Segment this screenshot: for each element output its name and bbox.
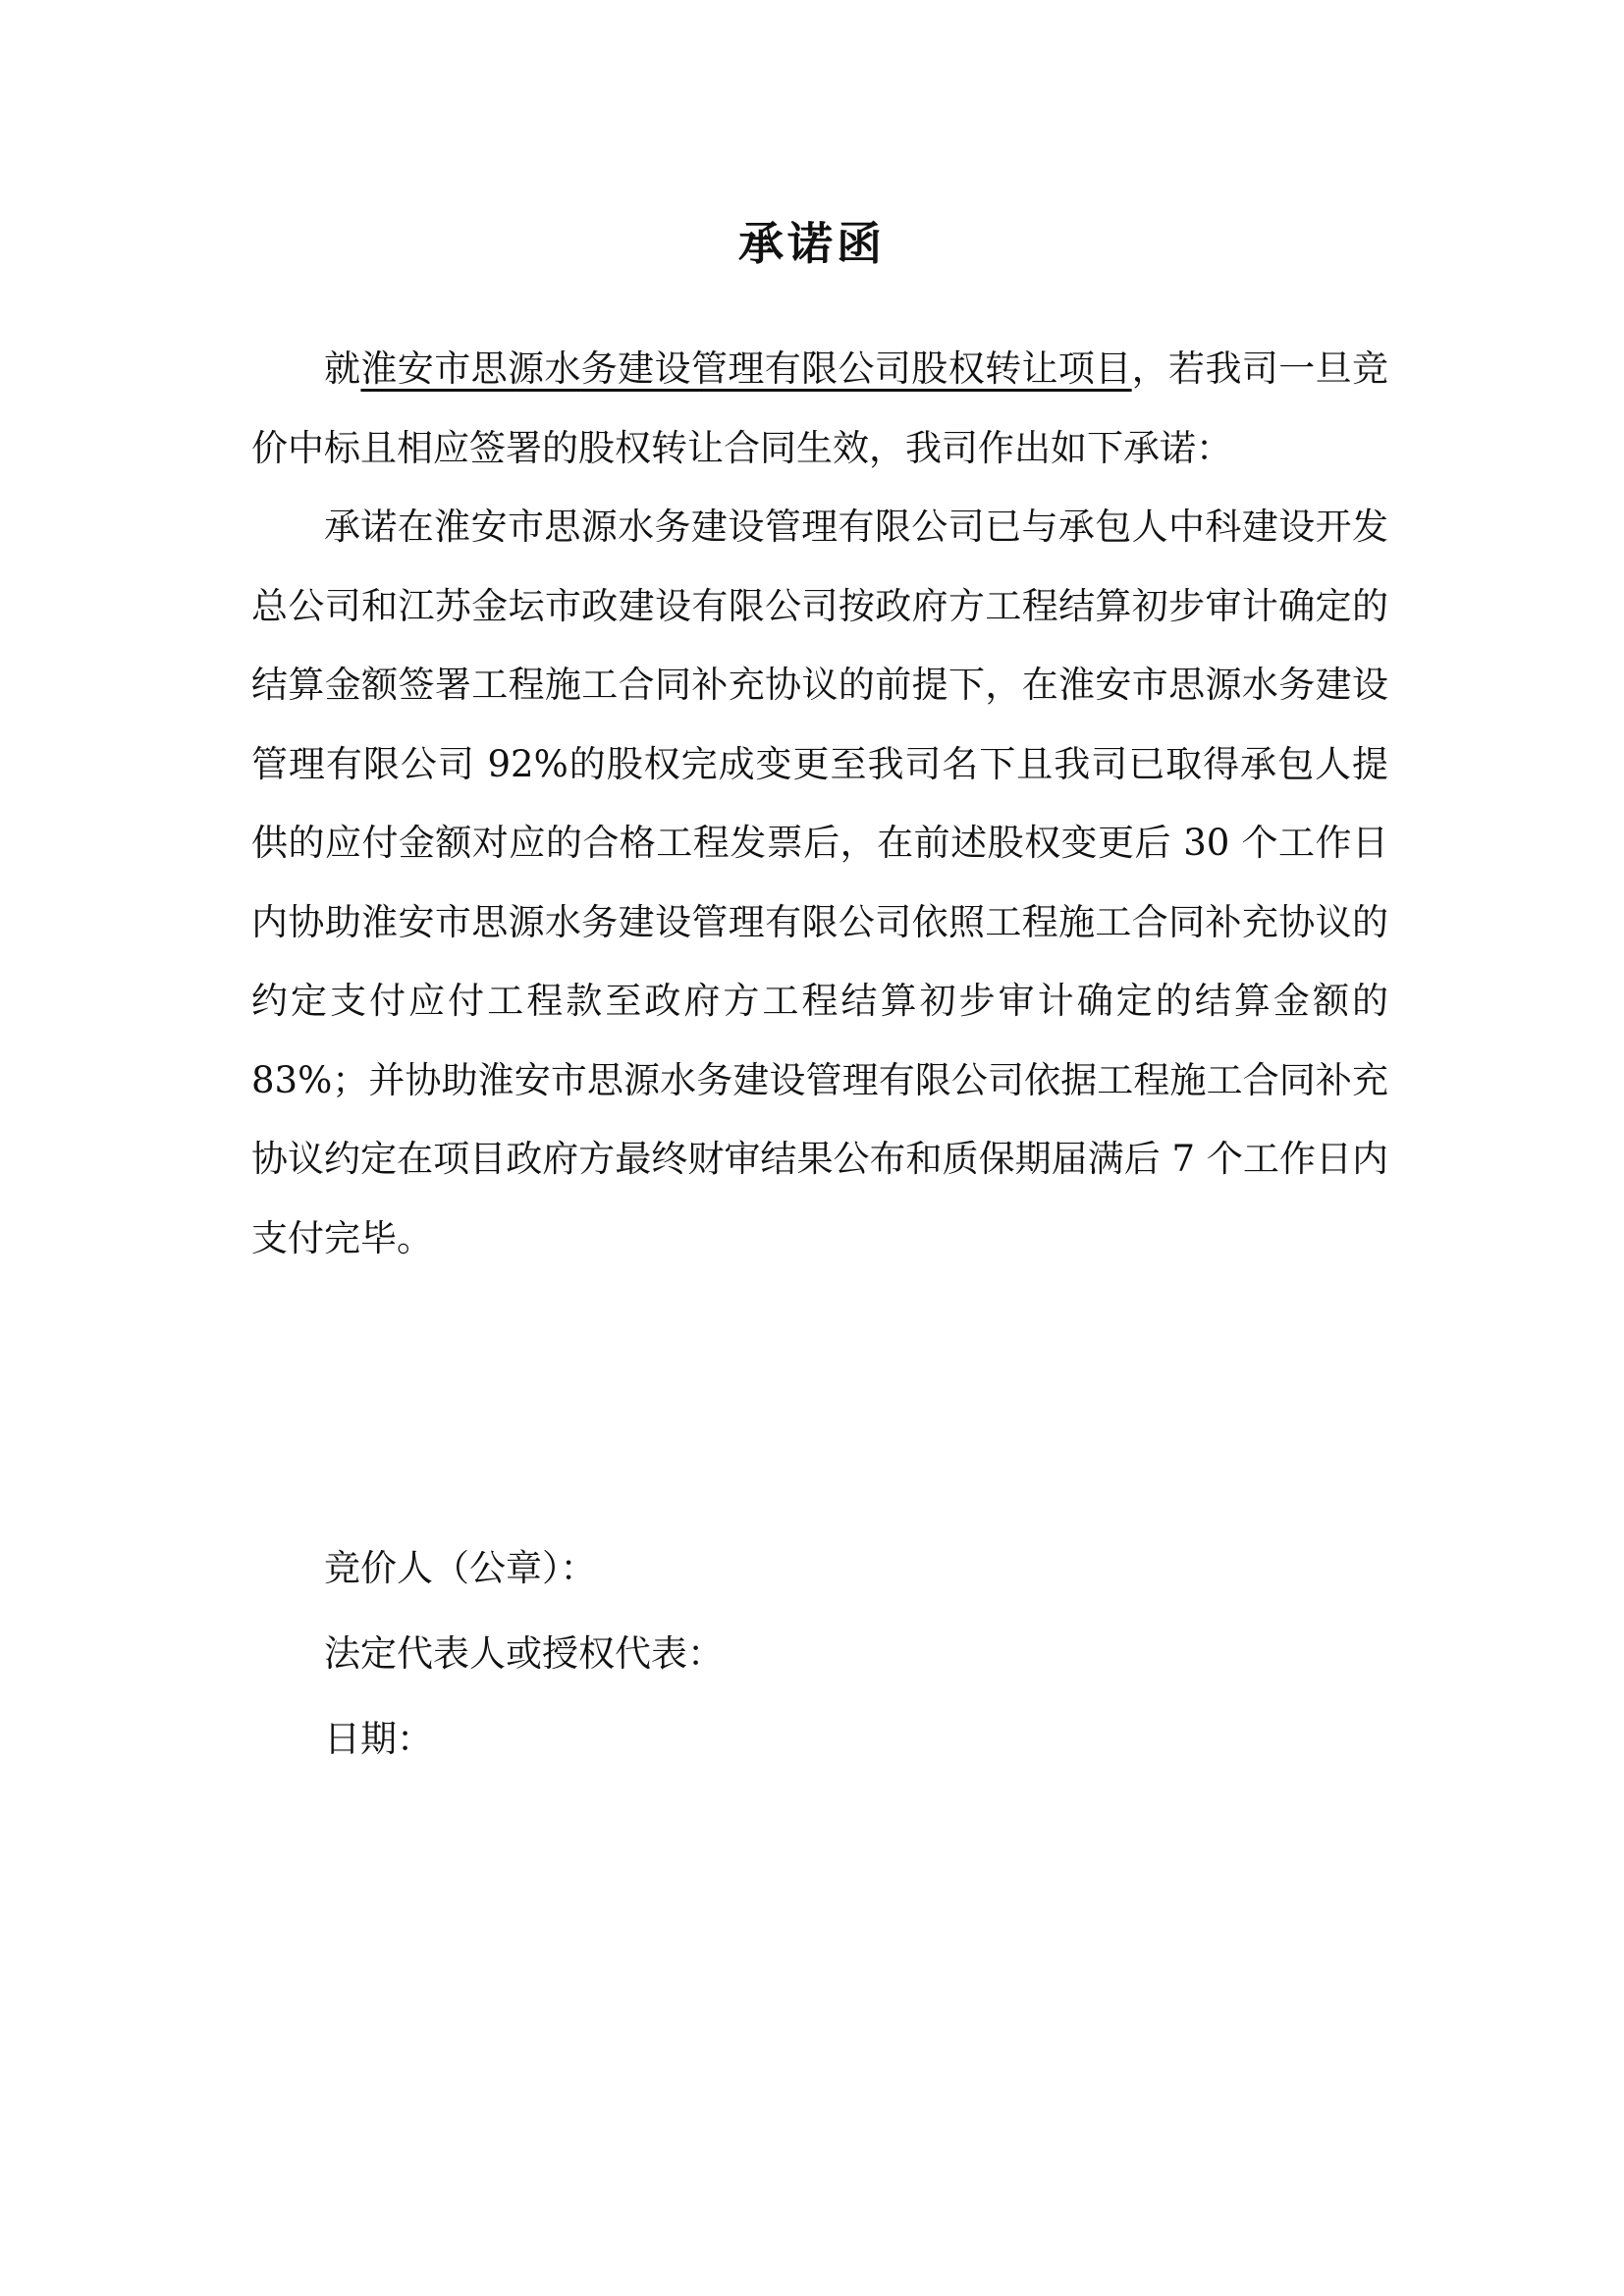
commitment-paragraph: 承诺在淮安市思源水务建设管理有限公司已与承包人中科建设开发总公司和江苏金坛市政建… — [251, 488, 1388, 1278]
project-name-underlined: 淮安市思源水务建设管理有限公司股权转让项目 — [360, 347, 1131, 390]
bidder-seal-label: 竞价人（公章）： — [324, 1544, 597, 1593]
intro-paragraph: 就淮安市思源水务建设管理有限公司股权转让项目，若我司一旦竞价中标且相应签署的股权… — [251, 330, 1388, 488]
intro-prefix: 就 — [324, 347, 360, 390]
legal-representative-label: 法定代表人或授权代表： — [324, 1629, 724, 1679]
document-title: 承诺函 — [0, 214, 1624, 273]
date-label: 日期： — [324, 1715, 433, 1764]
document-page: 承诺函 就淮安市思源水务建设管理有限公司股权转让项目，若我司一旦竞价中标且相应签… — [0, 0, 1624, 2296]
